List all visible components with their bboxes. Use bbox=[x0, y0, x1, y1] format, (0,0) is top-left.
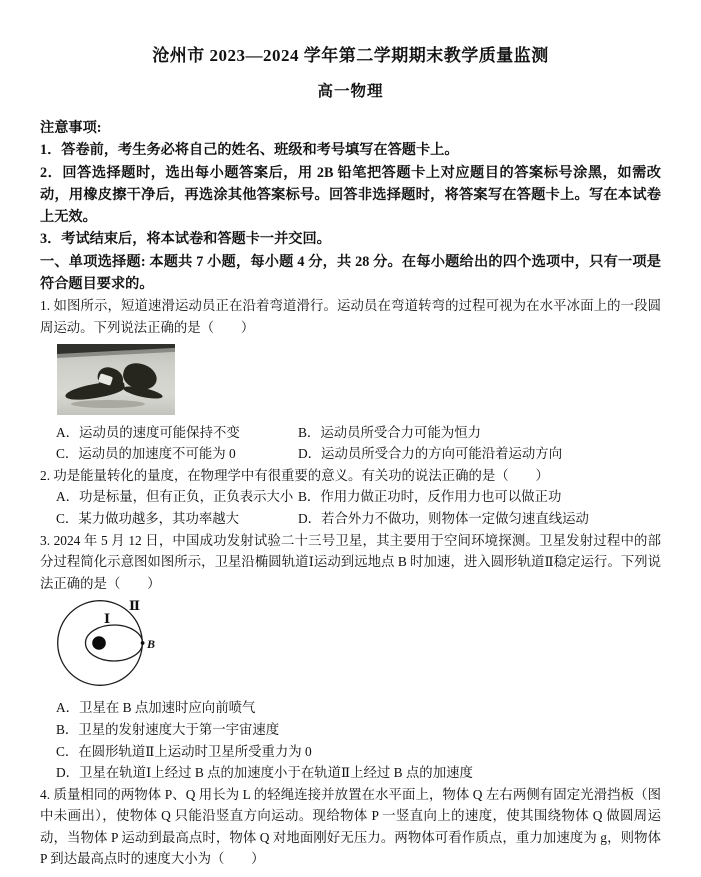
question-1: 1. 如图所示，短道速滑运动员正在沿着弯道滑行。运动员在弯道转弯的过程可视为在水… bbox=[40, 295, 661, 464]
question-2-text: 2. 功是能量转化的量度，在物理学中有很重要的意义。有关功的说法正确的是（ ） bbox=[40, 465, 661, 487]
question-4-text: 4. 质量相同的两物体 P、Q 用长为 L 的轻绳连接并放置在水平面上，物体 Q… bbox=[40, 784, 661, 870]
notice-item-2: 2．回答选择题时，选出每小题答案后，用 2B 铅笔把答题卡上对应题目的答案标号涂… bbox=[40, 162, 661, 229]
section-heading: 一、单项选择题: 本题共 7 小题，每小题 4 分，共 28 分。在每小题给出的… bbox=[40, 251, 661, 296]
option-2b: B．作用力做正功时，反作用力也可以做正功 bbox=[298, 486, 661, 508]
notice-item-3: 3．考试结束后，将本试卷和答题卡一并交回。 bbox=[40, 228, 661, 250]
question-3: 3. 2024 年 5 月 12 日，中国成功发射试验二十三号卫星，其主要用于空… bbox=[40, 530, 661, 784]
earth-dot bbox=[92, 637, 106, 651]
option-1b: B．运动员所受合力可能为恒力 bbox=[298, 422, 661, 444]
question-3-text: 3. 2024 年 5 月 12 日，中国成功发射试验二十三号卫星，其主要用于空… bbox=[40, 530, 661, 595]
speed-skating-photo bbox=[57, 344, 175, 415]
option-2a: A．功是标量，但有正负，正负表示大小 bbox=[56, 486, 298, 508]
inner-orbit-label: Ⅰ bbox=[104, 611, 110, 626]
question-2: 2. 功是能量转化的量度，在物理学中有很重要的意义。有关功的说法正确的是（ ） … bbox=[40, 465, 661, 530]
question-4: 4. 质量相同的两物体 P、Q 用长为 L 的轻绳连接并放置在水平面上，物体 Q… bbox=[40, 784, 661, 870]
option-3a: A．卫星在 B 点加速时应向前喷气 bbox=[56, 697, 661, 719]
notice-section: 注意事项: 1．答卷前，考生务必将自己的姓名、班级和考号填写在答题卡上。 2．回… bbox=[40, 117, 661, 251]
orbit-diagram: Ⅰ Ⅱ B bbox=[55, 597, 167, 692]
option-1d: D．运动员所受合力的方向可能沿着运动方向 bbox=[298, 443, 661, 465]
option-1c: C．运动员的加速度不可能为 0 bbox=[56, 443, 298, 465]
exam-page: 沧州市 2023—2024 学年第二学期期末教学质量监测 高一物理 注意事项: … bbox=[0, 0, 701, 877]
notice-heading: 注意事项: bbox=[40, 117, 661, 139]
notice-item-1: 1．答卷前，考生务必将自己的姓名、班级和考号填写在答题卡上。 bbox=[40, 139, 661, 161]
page-title: 沧州市 2023—2024 学年第二学期期末教学质量监测 bbox=[40, 44, 661, 68]
option-3c: C．在圆形轨道Ⅱ上运动时卫星所受重力为 0 bbox=[56, 741, 661, 763]
option-1a: A．运动员的速度可能保持不变 bbox=[56, 422, 298, 444]
option-3b: B．卫星的发射速度大于第一宇宙速度 bbox=[56, 719, 661, 741]
question-3-options: A．卫星在 B 点加速时应向前喷气 B．卫星的发射速度大于第一宇宙速度 C．在圆… bbox=[56, 697, 661, 783]
ice-shadow bbox=[71, 400, 145, 408]
point-b-label: B bbox=[146, 637, 155, 651]
page-subtitle: 高一物理 bbox=[40, 81, 661, 103]
option-2d: D．若合外力不做功，则物体一定做匀速直线运动 bbox=[298, 508, 661, 530]
option-2c: C．某力做功越多，其功率越大 bbox=[56, 508, 298, 530]
option-3d: D．卫星在轨道Ⅰ上经过 B 点的加速度小于在轨道Ⅱ上经过 B 点的加速度 bbox=[56, 762, 661, 784]
question-1-options: A．运动员的速度可能保持不变 B．运动员所受合力可能为恒力 C．运动员的加速度不… bbox=[56, 422, 661, 465]
question-2-options: A．功是标量，但有正负，正负表示大小 B．作用力做正功时，反作用力也可以做正功 … bbox=[56, 486, 661, 529]
question-1-text: 1. 如图所示，短道速滑运动员正在沿着弯道滑行。运动员在弯道转弯的过程可视为在水… bbox=[40, 295, 661, 338]
point-b-dot bbox=[141, 641, 145, 645]
outer-orbit-label: Ⅱ bbox=[129, 598, 140, 613]
